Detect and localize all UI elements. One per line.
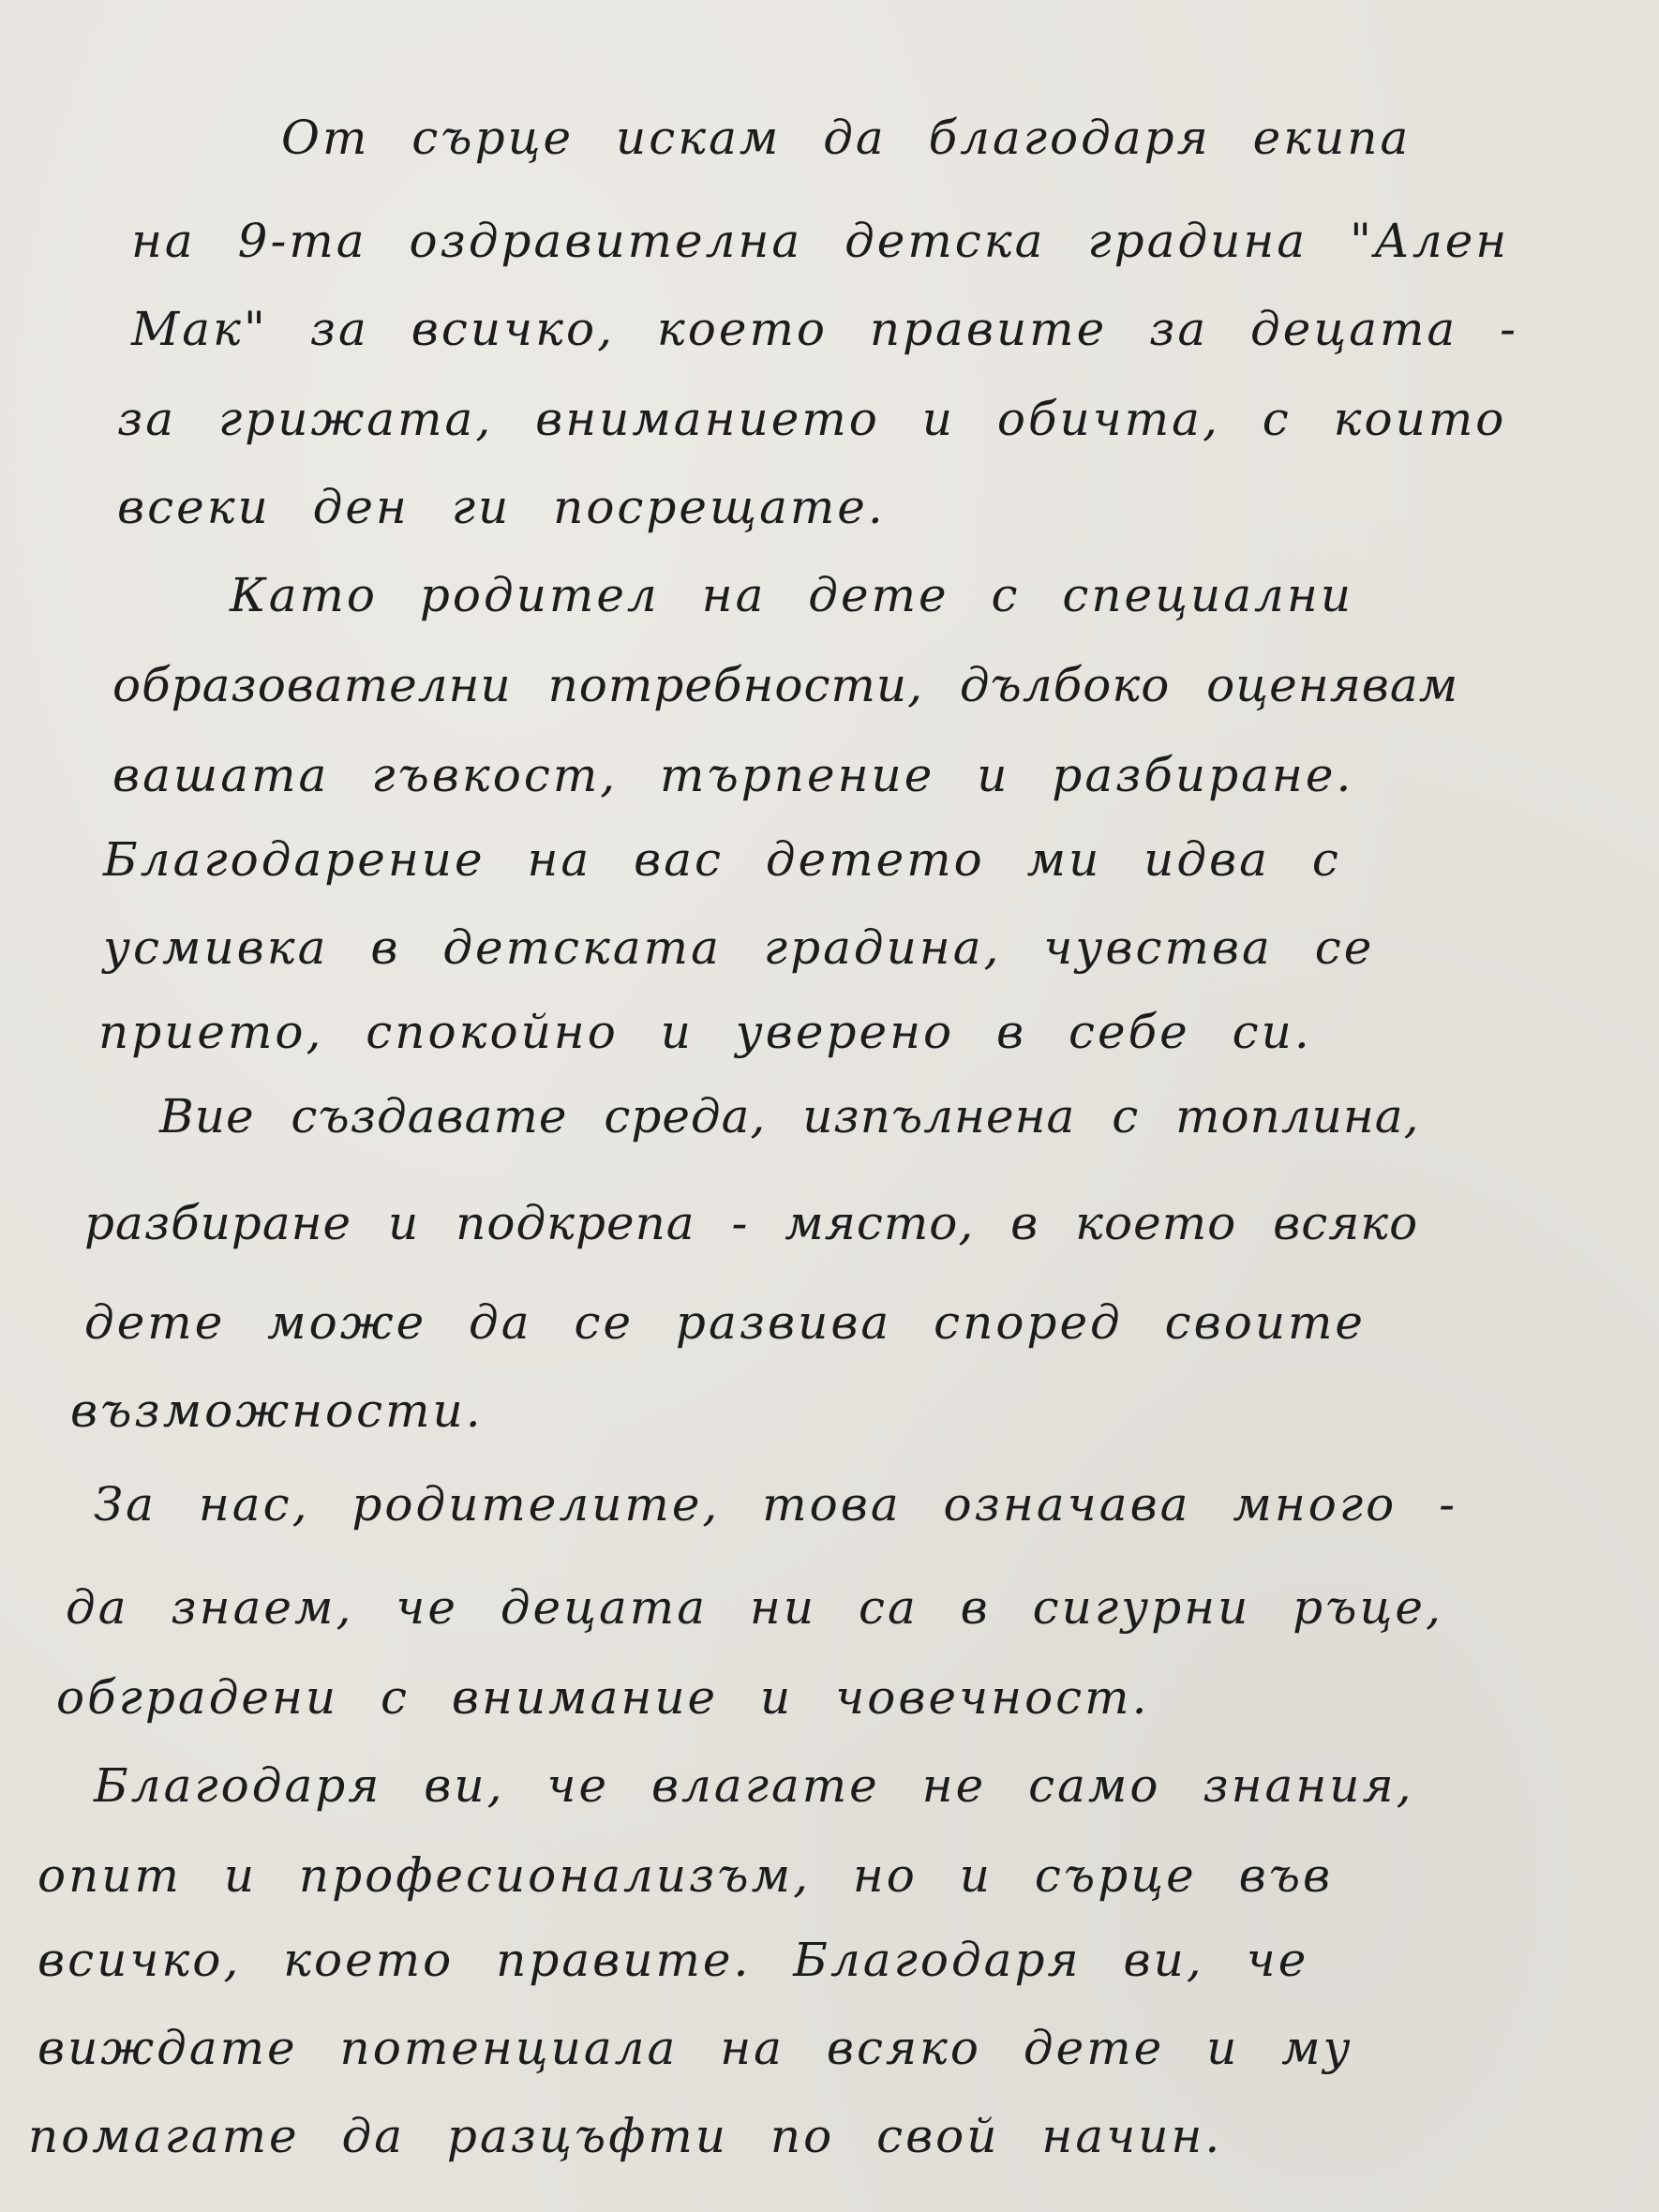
handwritten-line: От сърце искам да благодаря екипа	[281, 111, 1462, 165]
handwritten-line: за грижата, вниманието и обичта, с които	[117, 392, 1506, 446]
handwritten-line: За нас, родителите, това означава много …	[94, 1477, 1457, 1532]
handwritten-line: на 9-та оздравителна детска градина "Але…	[131, 214, 1509, 268]
handwritten-line: Благодаря ви, че влагате не само знания,	[94, 1758, 1414, 1813]
handwritten-line: дете може да се развива според своите	[84, 1295, 1366, 1350]
handwritten-line: опит и професионализъм, но и сърце във	[37, 1848, 1333, 1903]
handwritten-line: вашата гъвкост, търпение и разбиране.	[112, 748, 1353, 802]
handwritten-line: прието, спокойно и уверено в себе си.	[98, 1005, 1312, 1059]
handwritten-line: всеки ден ги посрещате.	[117, 480, 886, 534]
handwritten-line: да знаем, че децата ни са в сигурни ръце…	[66, 1580, 1443, 1635]
handwritten-line: всичко, което правите. Благодаря ви, че	[37, 1933, 1308, 1987]
handwritten-line: обградени с внимание и човечност.	[56, 1670, 1149, 1725]
letter-paper: От сърце искам да благодаря екипа на 9-т…	[0, 0, 1659, 2212]
handwritten-line: виждате потенциала на всяко дете и му	[37, 2021, 1353, 2075]
handwritten-line: Благодарение на вас детето ми идва с	[103, 832, 1341, 887]
handwritten-line: образователни потребности, дълбоко оценя…	[112, 658, 1458, 712]
handwritten-line: усмивка в детската градина, чувства се	[103, 920, 1374, 975]
handwritten-line: Като родител на дете с специални	[230, 568, 1353, 622]
handwritten-line: Мак" за всичко, което правите за децата …	[131, 302, 1518, 356]
handwritten-line: разбиране и подкрепа - място, в което вс…	[84, 1196, 1418, 1250]
handwritten-line: възможности.	[70, 1383, 484, 1438]
handwritten-line: помагате да разцъфти по свой начин.	[28, 2109, 1222, 2163]
handwritten-line: Вие създавате среда, изпълнена с топлина…	[159, 1089, 1420, 1143]
